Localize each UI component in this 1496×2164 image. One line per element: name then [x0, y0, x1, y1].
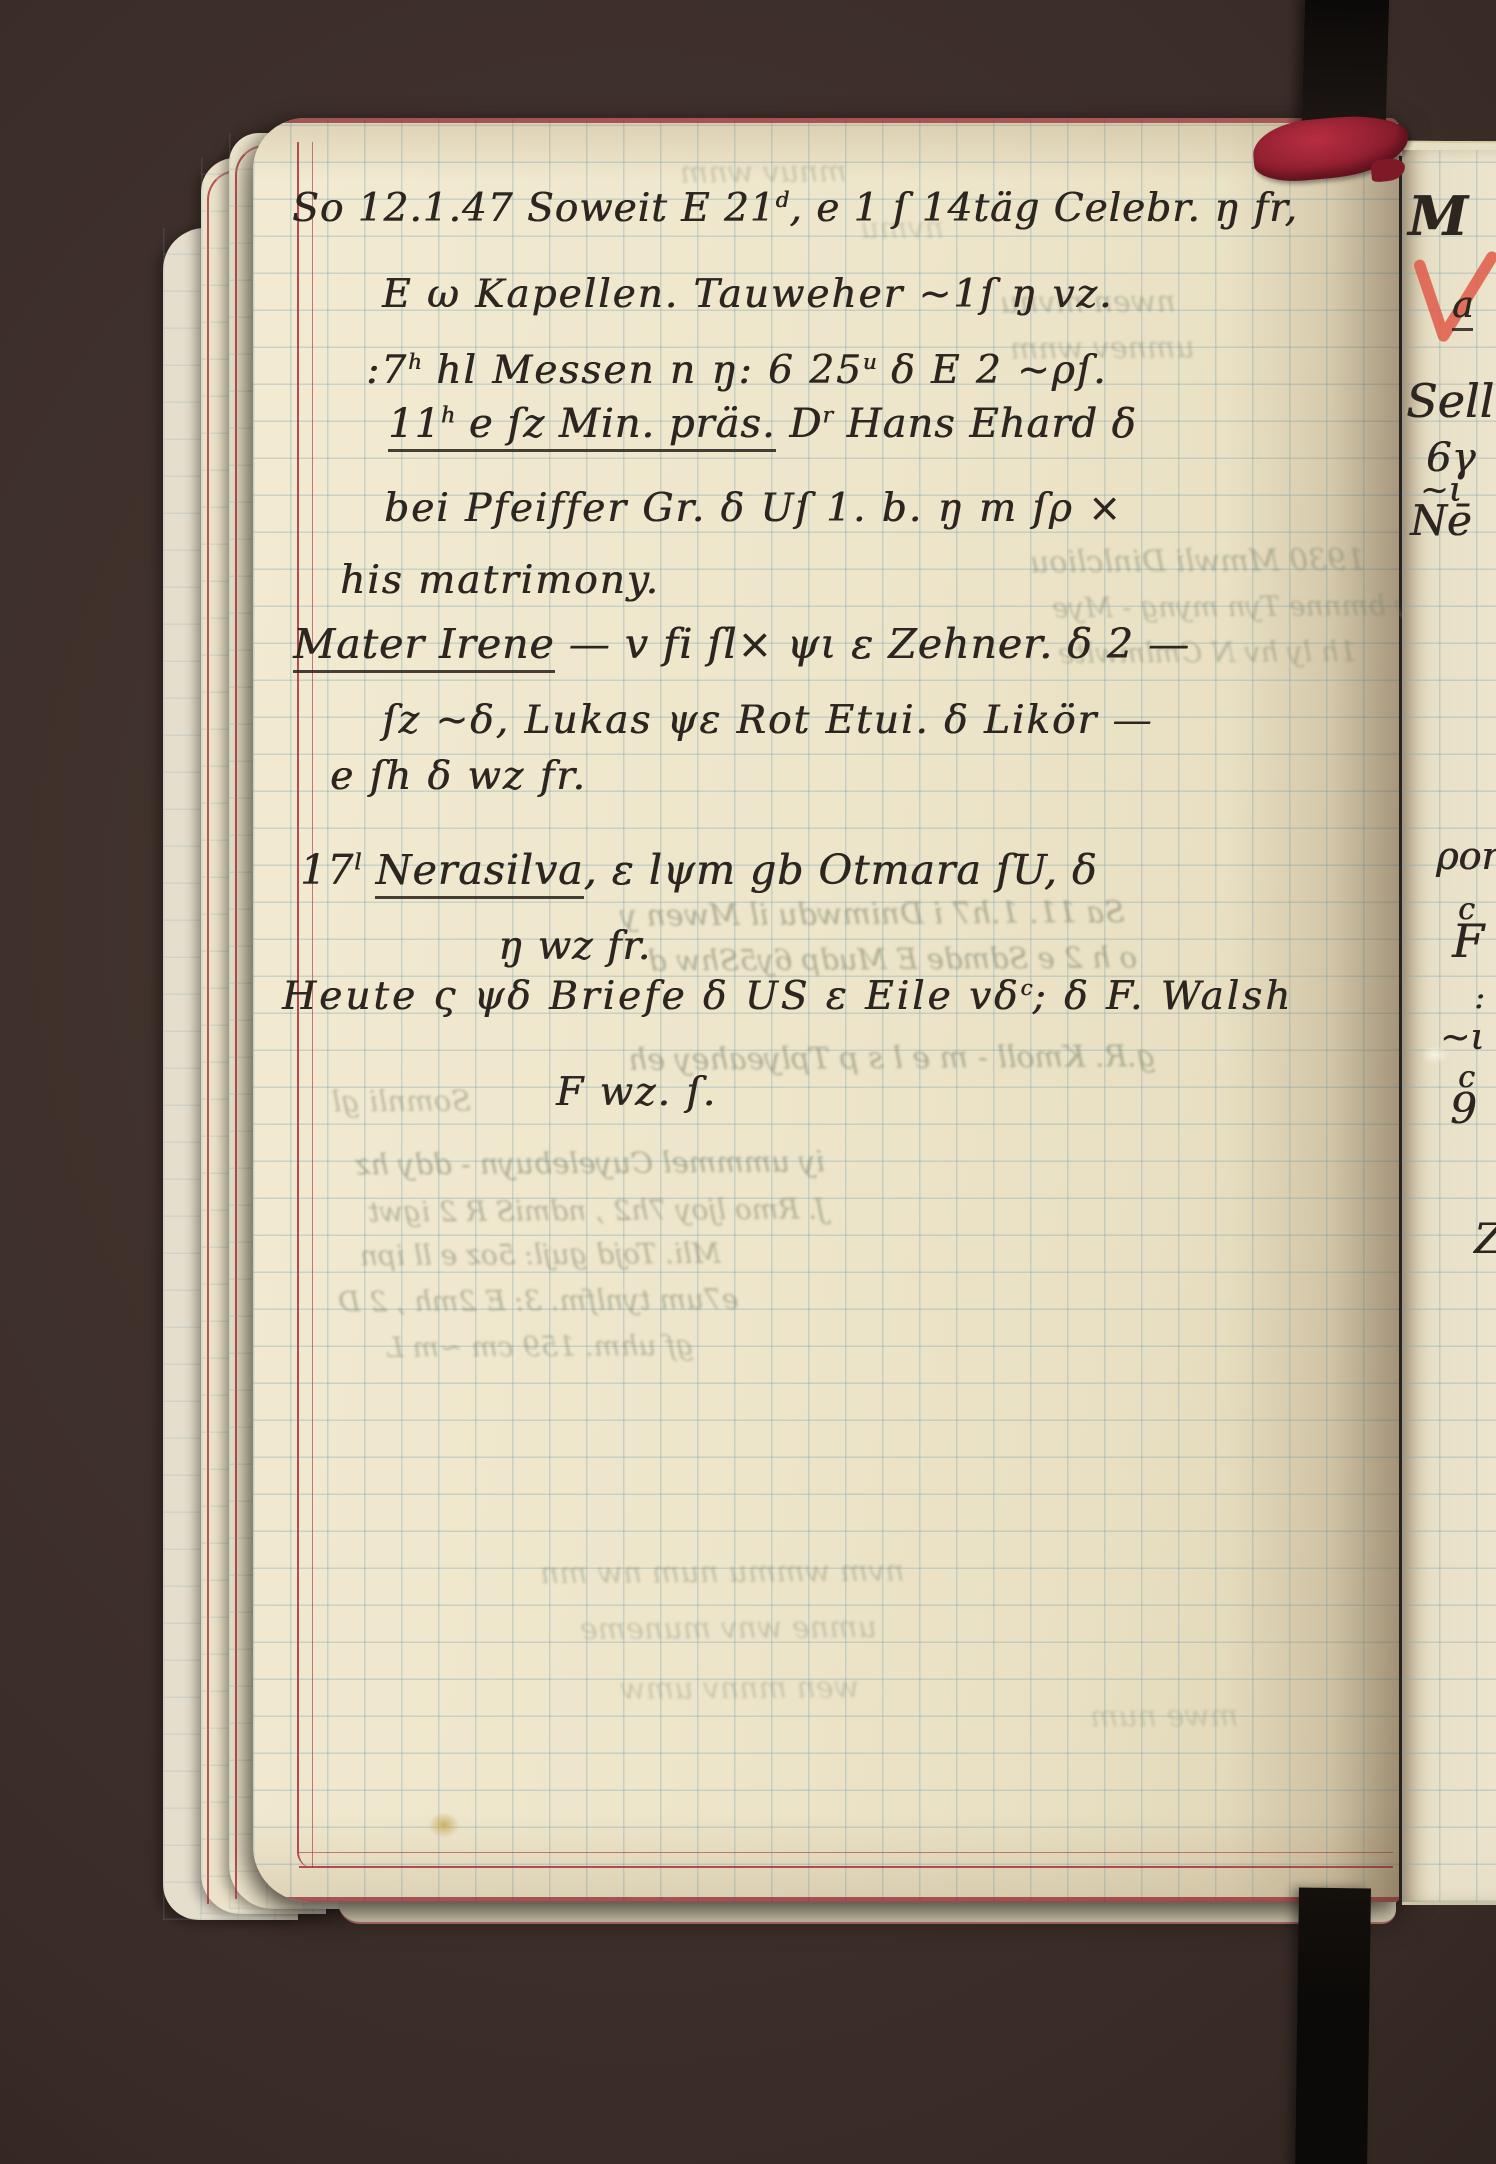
- red-checkmark-icon: [1414, 244, 1496, 354]
- bookmark-ribbon-bottom: [1295, 1888, 1371, 2164]
- notebook-right-page-sliver: [1402, 150, 1496, 1905]
- paper-chip: [1422, 1046, 1448, 1064]
- grid-lines: [1402, 150, 1496, 1902]
- paper-stain: [428, 1812, 460, 1838]
- photo-scene: mnuv wnmnvmunwen mvnuumnev wnm1930 Mmwli…: [0, 0, 1496, 2164]
- gutter-shadow: [253, 118, 1399, 1902]
- red-checkmark-stroke: [1420, 257, 1492, 336]
- notebook-left-page: [253, 118, 1399, 1902]
